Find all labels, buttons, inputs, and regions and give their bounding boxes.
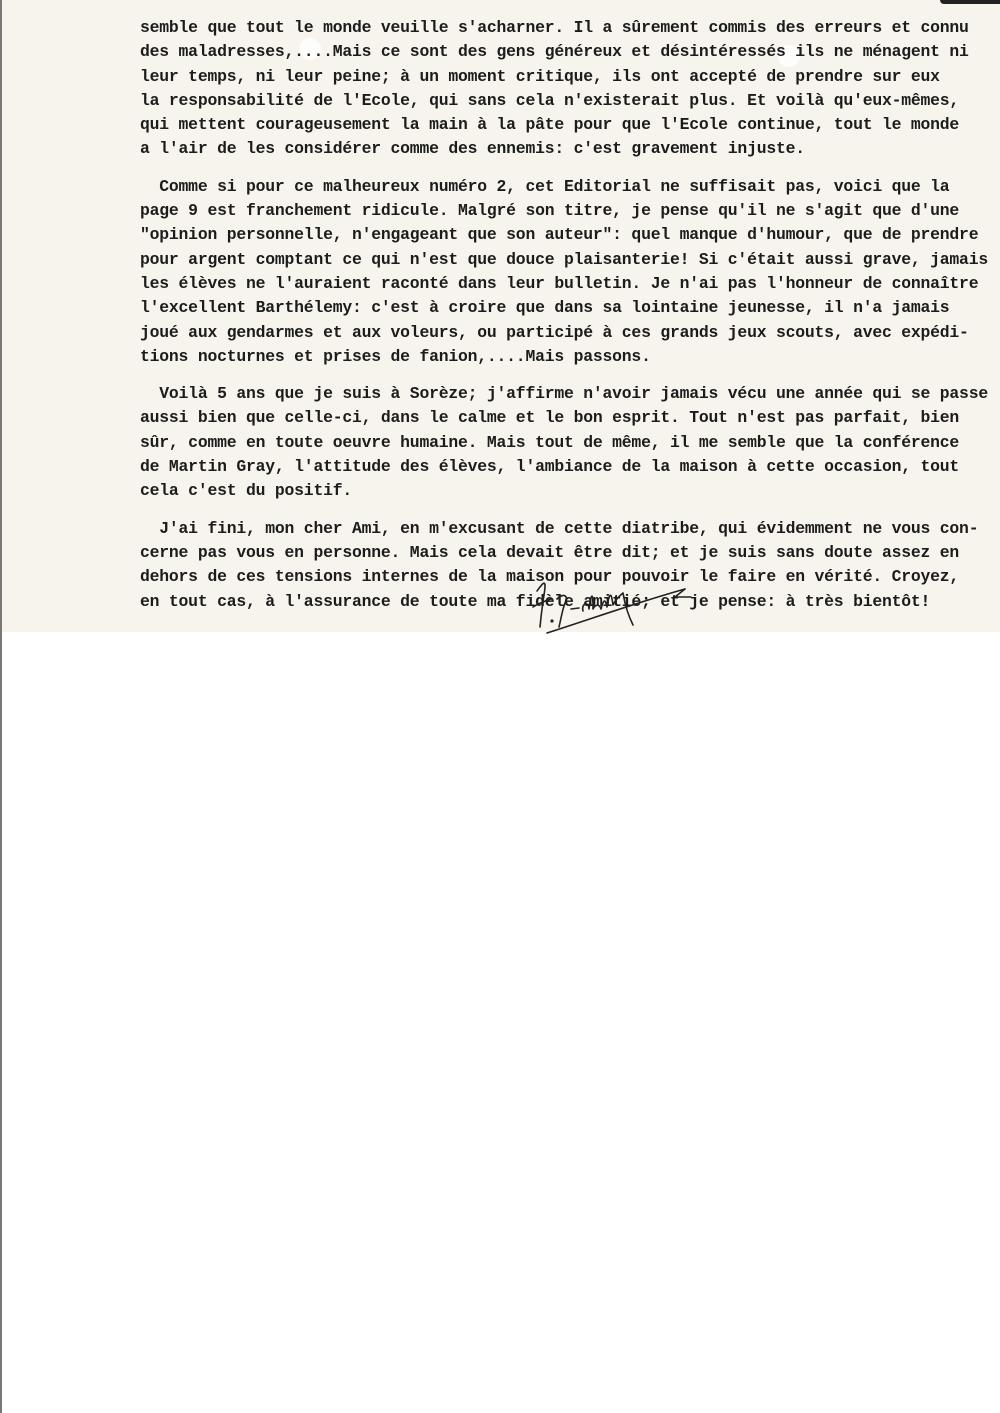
text-line: qui mettent courageusement la main à la … xyxy=(140,113,1000,137)
text-line: la responsabilité de l'Ecole, qui sans c… xyxy=(140,89,1000,113)
paragraph-1: semble que tout le monde veuille s'achar… xyxy=(140,0,1000,162)
text-line: leur temps, ni leur peine; à un moment c… xyxy=(140,65,1000,89)
text-line: J'ai fini, mon cher Ami, en m'excusant d… xyxy=(140,517,1000,541)
text-line: page 9 est franchement ridicule. Malgré … xyxy=(140,199,1000,223)
text-line: sûr, comme en toute oeuvre humaine. Mais… xyxy=(140,431,1000,455)
paragraph-3: Voilà 5 ans que je suis à Sorèze; j'affi… xyxy=(140,382,1000,503)
text-line: a l'air de les considérer comme des enne… xyxy=(140,137,1000,161)
text-line: tions nocturnes et prises de fanion,....… xyxy=(140,345,1000,369)
text-line: des maladresses,....Mais ce sont des gen… xyxy=(140,40,1000,64)
text-line: Voilà 5 ans que je suis à Sorèze; j'affi… xyxy=(140,382,1000,406)
paragraph-2: Comme si pour ce malheureux numéro 2, ce… xyxy=(140,175,1000,369)
signature xyxy=(525,565,705,635)
text-line: aussi bien que celle-ci, dans le calme e… xyxy=(140,406,1000,430)
text-line: Comme si pour ce malheureux numéro 2, ce… xyxy=(140,175,1000,199)
text-line: semble que tout le monde veuille s'achar… xyxy=(140,16,1000,40)
text-line: de Martin Gray, l'attitude des élèves, l… xyxy=(140,455,1000,479)
text-line: cerne pas vous en personne. Mais cela de… xyxy=(140,541,1000,565)
text-line: pour argent comptant ce qui n'est que do… xyxy=(140,248,1000,272)
text-line: l'excellent Barthélemy: c'est à croire q… xyxy=(140,296,1000,320)
text-line: les élèves ne l'auraient raconté dans le… xyxy=(140,272,1000,296)
text-line: "opinion personnelle, n'engageant que so… xyxy=(140,223,1000,247)
letter-body: semble que tout le monde veuille s'achar… xyxy=(140,0,1000,614)
text-line: joué aux gendarmes et aux voleurs, ou pa… xyxy=(140,321,1000,345)
text-line: cela c'est du positif. xyxy=(140,479,1000,503)
